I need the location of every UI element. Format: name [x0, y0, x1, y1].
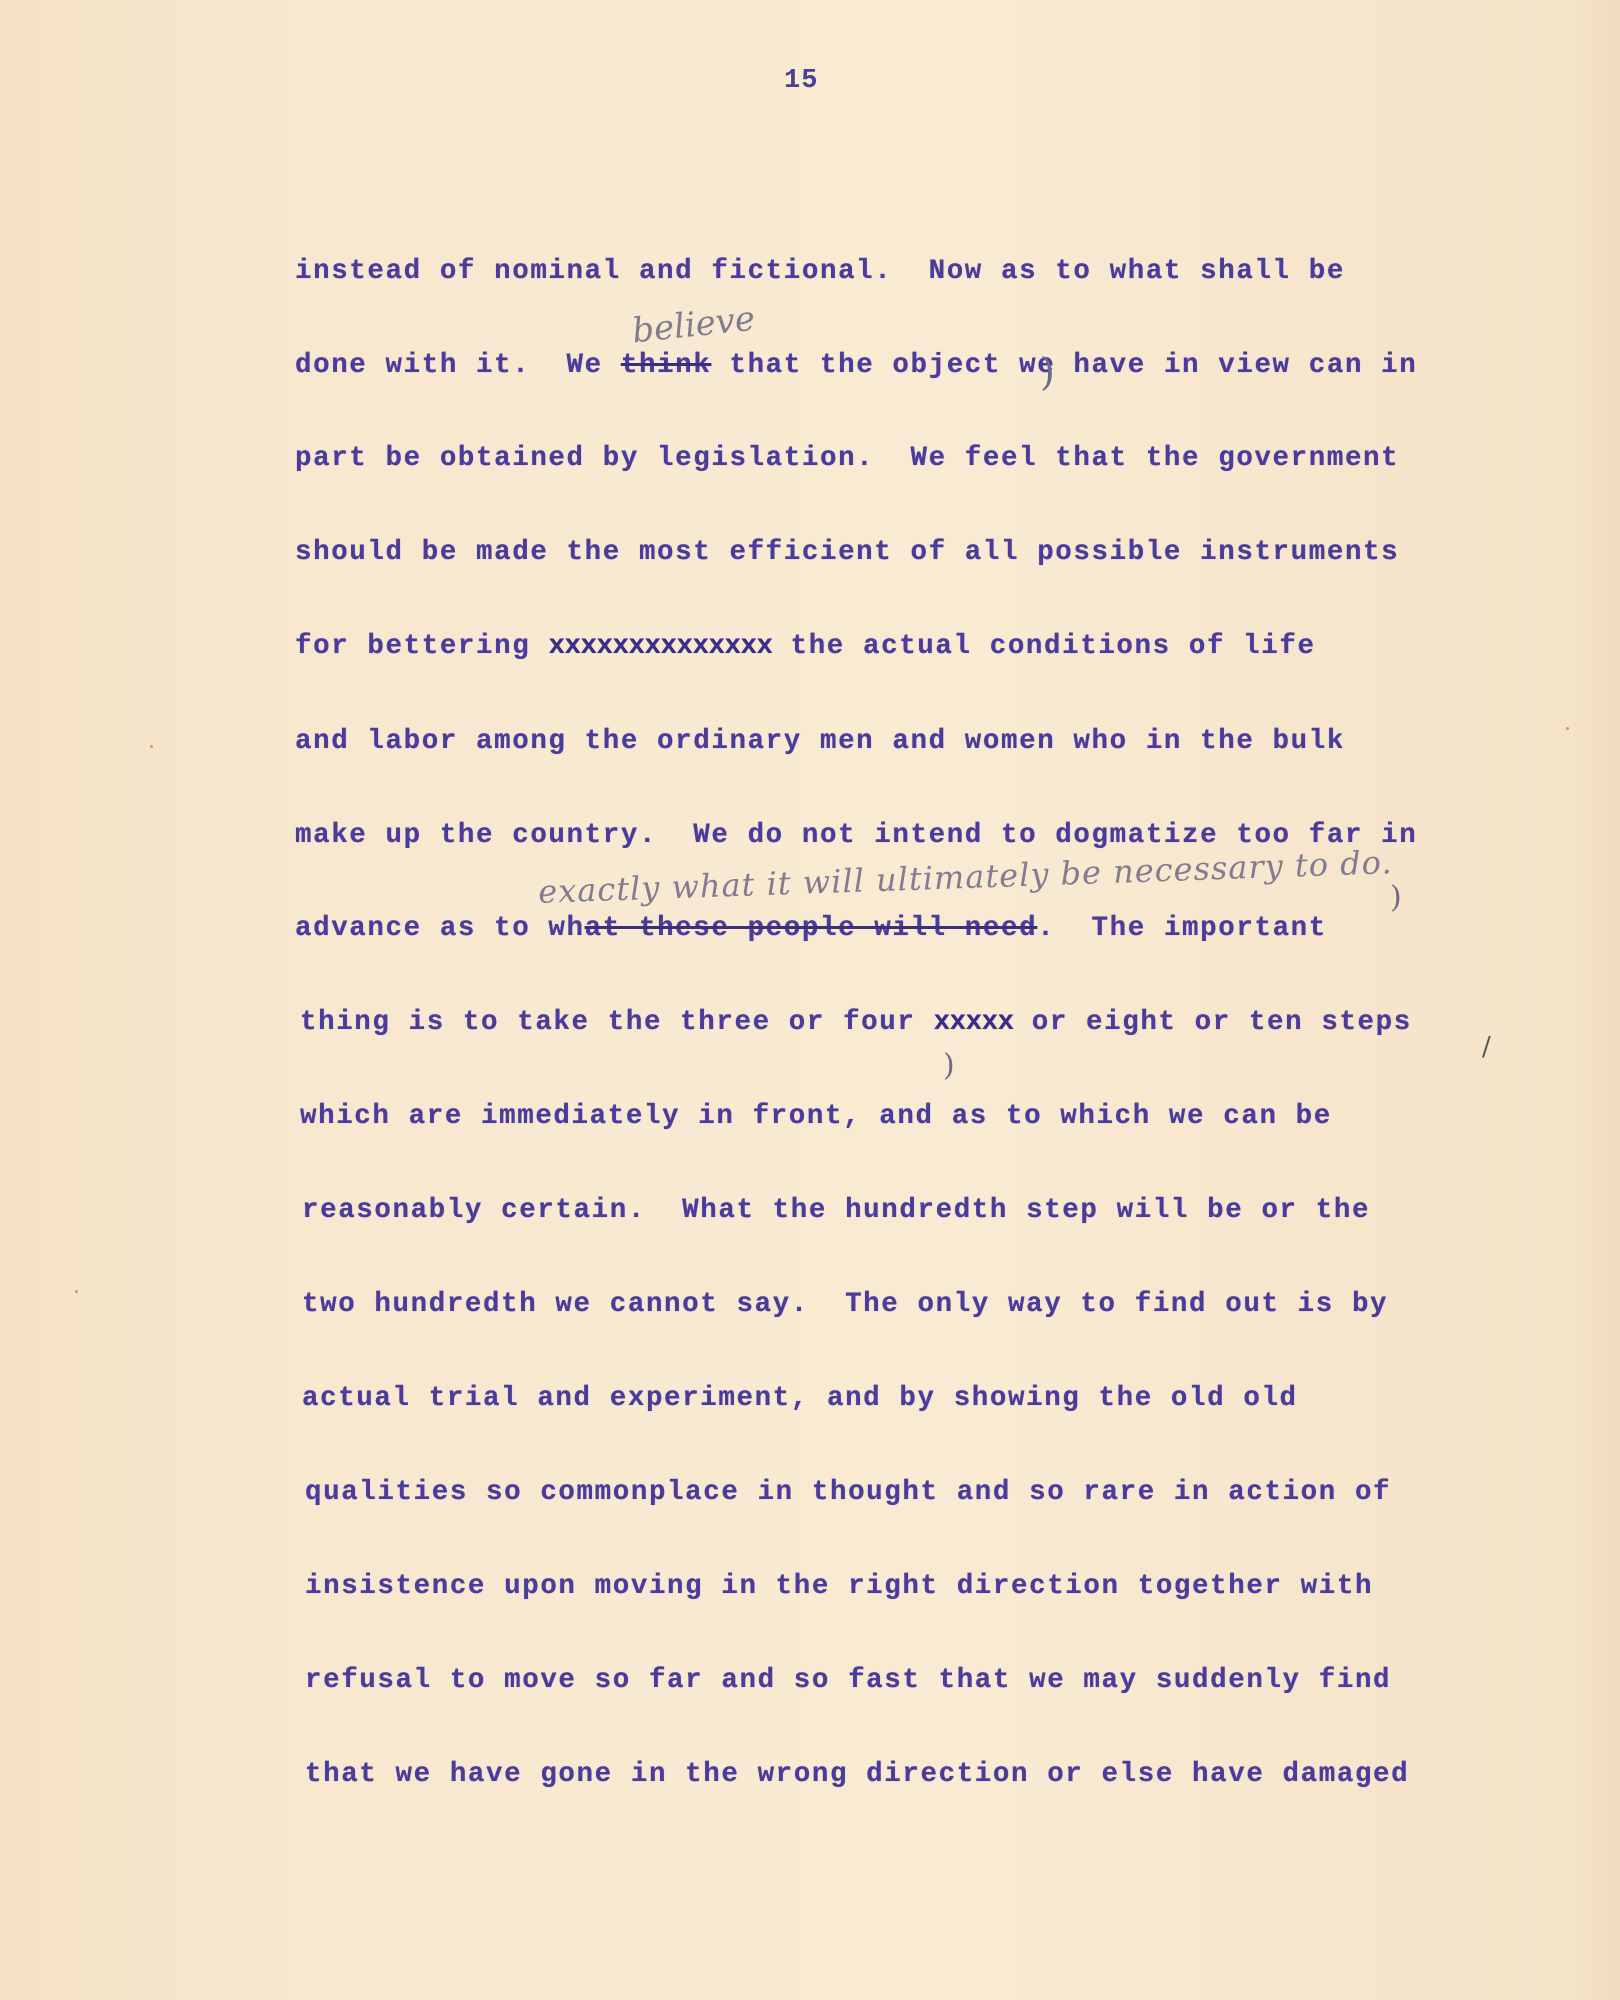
text-segment: part be obtained by legislation. We feel…	[295, 443, 1399, 474]
text-line: instead of nominal and fictional. Now as…	[295, 256, 1345, 287]
text-segment: . The important	[1037, 913, 1327, 944]
text-segment: which are immediately in front, and as t…	[300, 1101, 1332, 1132]
text-segment: make up the country. We do not intend to…	[295, 820, 1417, 851]
text-line: and labor among the ordinary men and wom…	[295, 726, 1345, 757]
text-segment: that we have gone in the wrong direction…	[305, 1759, 1409, 1790]
text-line: part be obtained by legislation. We feel…	[295, 443, 1399, 474]
text-segment: done with it. We	[295, 350, 621, 381]
text-segment: qualities so commonplace in thought and …	[305, 1477, 1391, 1508]
text-segment: instead of nominal and fictional. Now as…	[295, 256, 1345, 287]
insertion-caret-mark: )	[943, 1048, 955, 1083]
text-line: advance as to what these people will nee…	[295, 913, 1327, 944]
text-segment: should be made the most efficient of all…	[295, 537, 1399, 568]
page-number: 15	[784, 66, 818, 96]
paper-speck	[1566, 727, 1569, 730]
text-segment: thing is to take the three or four	[300, 1007, 934, 1038]
text-line: insistence upon moving in the right dire…	[305, 1571, 1373, 1602]
text-line: make up the country. We do not intend to…	[295, 820, 1417, 851]
text-line: should be made the most efficient of all…	[295, 537, 1399, 568]
paper-speck	[75, 1290, 78, 1293]
text-line: done with it. We think that the object w…	[295, 350, 1417, 381]
insertion-caret-mark: )	[1390, 880, 1402, 915]
text-segment: or eight or ten steps	[1014, 1007, 1412, 1038]
paper-speck	[150, 745, 153, 748]
overtyped-deletion: xxxxxxxxxxxxxx	[548, 631, 772, 662]
text-segment: insistence upon moving in the right dire…	[305, 1571, 1373, 1602]
text-line: actual trial and experiment, and by show…	[302, 1383, 1298, 1414]
text-line: refusal to move so far and so fast that …	[305, 1665, 1391, 1696]
handwritten-insertion: exactly what it will ultimately be neces…	[538, 843, 1394, 911]
struck-word: think	[621, 350, 712, 381]
text-line: thing is to take the three or four xxxxx…	[300, 1007, 1412, 1038]
text-line: two hundredth we cannot say. The only wa…	[302, 1289, 1388, 1320]
insertion-caret-mark: )	[1040, 350, 1055, 394]
text-segment: refusal to move so far and so fast that …	[305, 1665, 1391, 1696]
text-segment: and labor among the ordinary men and wom…	[295, 726, 1345, 757]
text-line: which are immediately in front, and as t…	[300, 1101, 1332, 1132]
struck-phrase: at these people will need	[585, 913, 1038, 944]
text-segment: advance as to wh	[295, 913, 585, 944]
overtyped-deletion: xxxxx	[934, 1007, 1014, 1038]
handwritten-correction-believe: believe	[630, 299, 757, 352]
text-segment: that the object we have in view can in	[711, 350, 1417, 381]
text-line: reasonably certain. What the hundredth s…	[302, 1195, 1370, 1226]
text-segment: actual trial and experiment, and by show…	[302, 1383, 1298, 1414]
text-line: for bettering xxxxxxxxxxxxxx the actual …	[295, 631, 1316, 662]
text-segment: the actual conditions of life	[772, 631, 1315, 662]
text-segment: for bettering	[295, 631, 548, 662]
text-segment: reasonably certain. What the hundredth s…	[302, 1195, 1370, 1226]
margin-tick-mark: /	[1482, 1032, 1491, 1062]
text-segment: two hundredth we cannot say. The only wa…	[302, 1289, 1388, 1320]
text-line: qualities so commonplace in thought and …	[305, 1477, 1391, 1508]
text-line: that we have gone in the wrong direction…	[305, 1759, 1409, 1790]
